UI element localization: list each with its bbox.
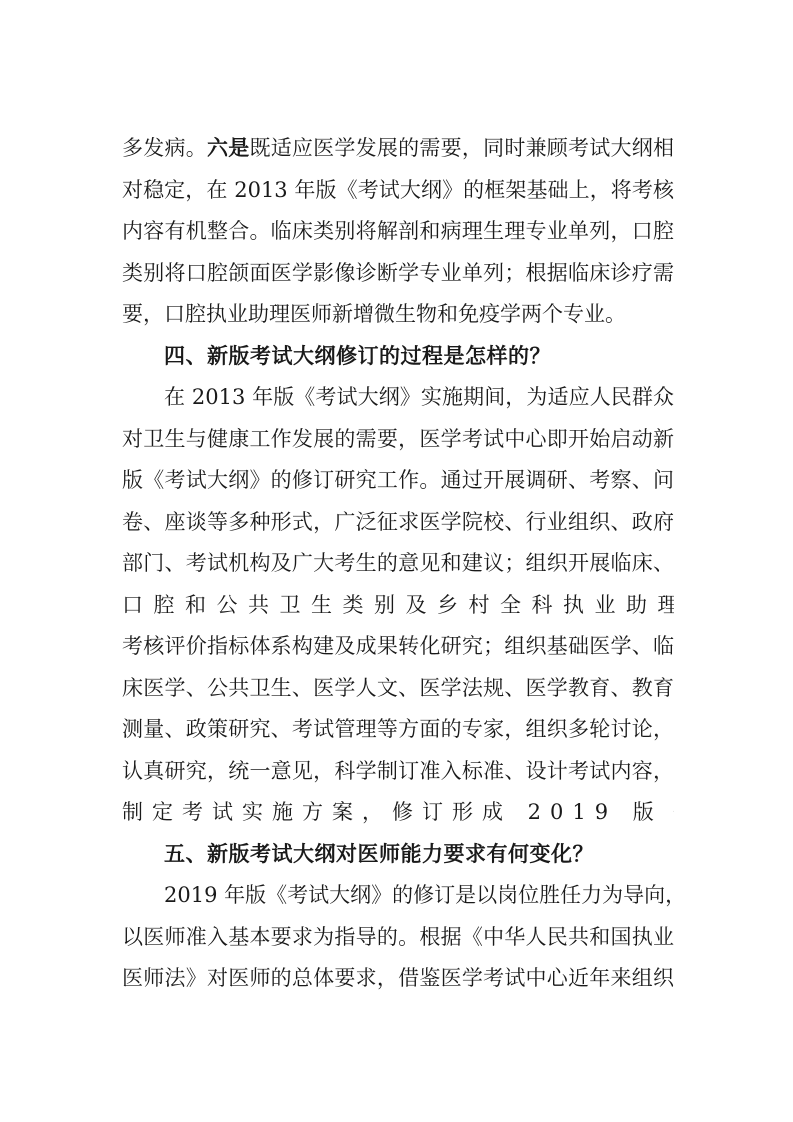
paragraph-line: 对​稳​定​，​在​ ​2​0​1​3​ ​年​版​《​考​试​大​纲​》​的​… (122, 170, 674, 212)
paragraph-line: 多发病。六是既适应医学发展的需要，同时兼顾考试大纲相 (122, 128, 674, 170)
paragraph-line: 对​卫​生​与​健​康​工​作​发​展​的​需​要​，​医​学​考​试​中​心​… (122, 419, 674, 461)
paragraph-line: 考​核​评​价​指​标​体​系​构​建​及​成​果​转​化​研​究​；​组​织​… (122, 626, 674, 668)
bold-text-run: 六是 (207, 136, 249, 160)
paragraph-line: 内​容​有​机​整​合​。​临​床​类​别​将​解​剖​和​病​理​生​理​专​… (122, 211, 674, 253)
paragraph-line: 版​《​考​试​大​纲​》​的​修​订​研​究​工​作​。​通​过​开​展​调​… (122, 460, 674, 502)
paragraph-line: 医​师​法​》​对​医​师​的​总​体​要​求​，​借​鉴​医​学​考​试​中​… (122, 958, 674, 1000)
paragraph-line: 要，口腔执业助理医师新增微生物和免疫学两个专业。 (122, 294, 674, 336)
paragraph-line: 部​门​、​考​试​机​构​及​广​大​考​生​的​意​见​和​建​议​；​组​… (122, 543, 674, 585)
text-run: 多发病。 (122, 136, 207, 160)
paragraph-line: 以​医​师​准​入​基​本​要​求​为​指​导​的​。​根​据​《​中​华​人​… (122, 917, 674, 959)
paragraph-line: 制定考试实施方案，修订形成 2019 版《考试大纲》。 (122, 792, 674, 834)
paragraph-line: 类​别​将​口​腔​颌​面​医​学​影​像​诊​断​学​专​业​单​列​；​根​… (122, 253, 674, 295)
document-page: 多发病。六是既适应医学发展的需要，同时兼顾考试大纲相 对​稳​定​，​在​ ​2… (122, 128, 674, 1000)
section-heading-5: 五、新版考试大纲对医师能力要求有何变化？ (122, 834, 674, 876)
paragraph-line: 认​真​研​究​，​统​一​意​见​，​科​学​制​订​准​入​标​准​、​设​… (122, 751, 674, 793)
paragraph-line: 卷​、​座​谈​等​多​种​形​式​，​广​泛​征​求​医​学​院​校​、​行​… (122, 502, 674, 544)
paragraph-line: 口腔和公共卫生类别及乡村全科执业助理医师岗位胜任力 (122, 585, 674, 627)
section-heading-4: 四、新版考试大纲修订的过程是怎样的？ (122, 336, 674, 378)
text-run: 既适应医学发展的需要，同时兼顾考试大纲相 (249, 136, 674, 160)
paragraph-line: 床​医​学​、​公​共​卫​生​、​医​学​人​文​、​医​学​法​规​、​医​… (122, 668, 674, 710)
paragraph-line: 2​0​1​9​ ​年​版​《​考​试​大​纲​》​的​修​订​是​以​岗​位​… (122, 875, 674, 917)
paragraph-line: 在​ ​2​0​1​3​ ​年​版​《​考​试​大​纲​》​实​施​期​间​，​… (122, 377, 674, 419)
paragraph-line: 测​量​、​政​策​研​究​、​考​试​管​理​等​方​面​的​专​家​，​组​… (122, 709, 674, 751)
